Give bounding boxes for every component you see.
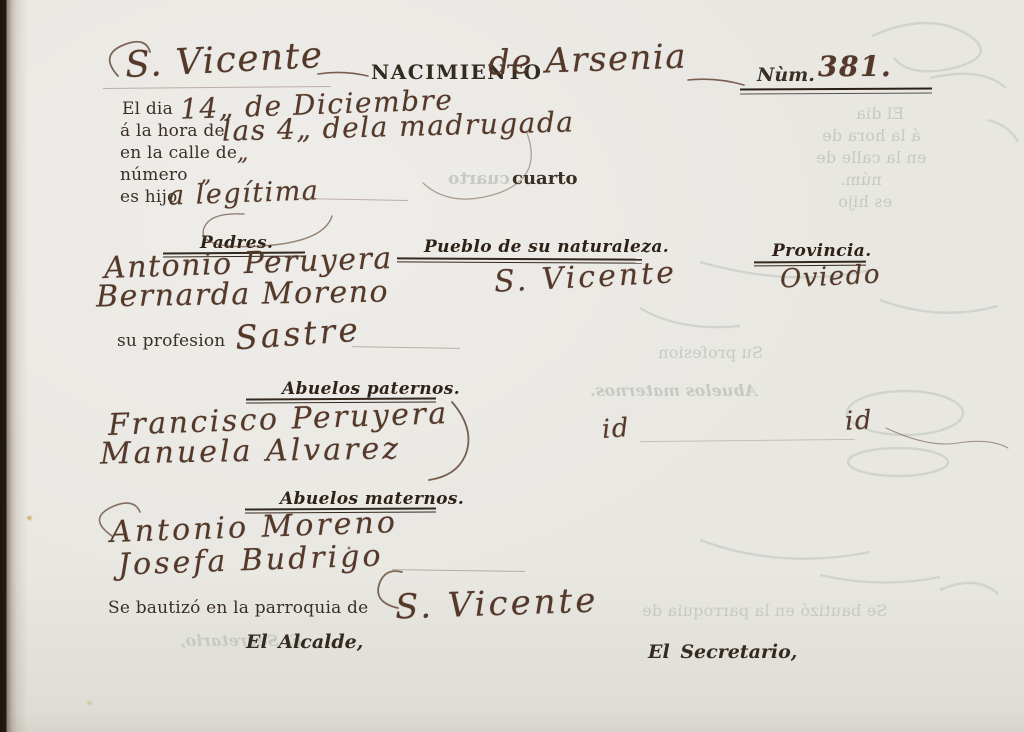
handwriting-flourishes — [0, 0, 1024, 732]
birth-record-page: El dia á la hora de en la calle de núm. … — [0, 0, 1024, 732]
ink-fleck — [347, 546, 351, 550]
paper-stain — [26, 515, 33, 521]
paper-foxing-spot — [86, 700, 93, 706]
